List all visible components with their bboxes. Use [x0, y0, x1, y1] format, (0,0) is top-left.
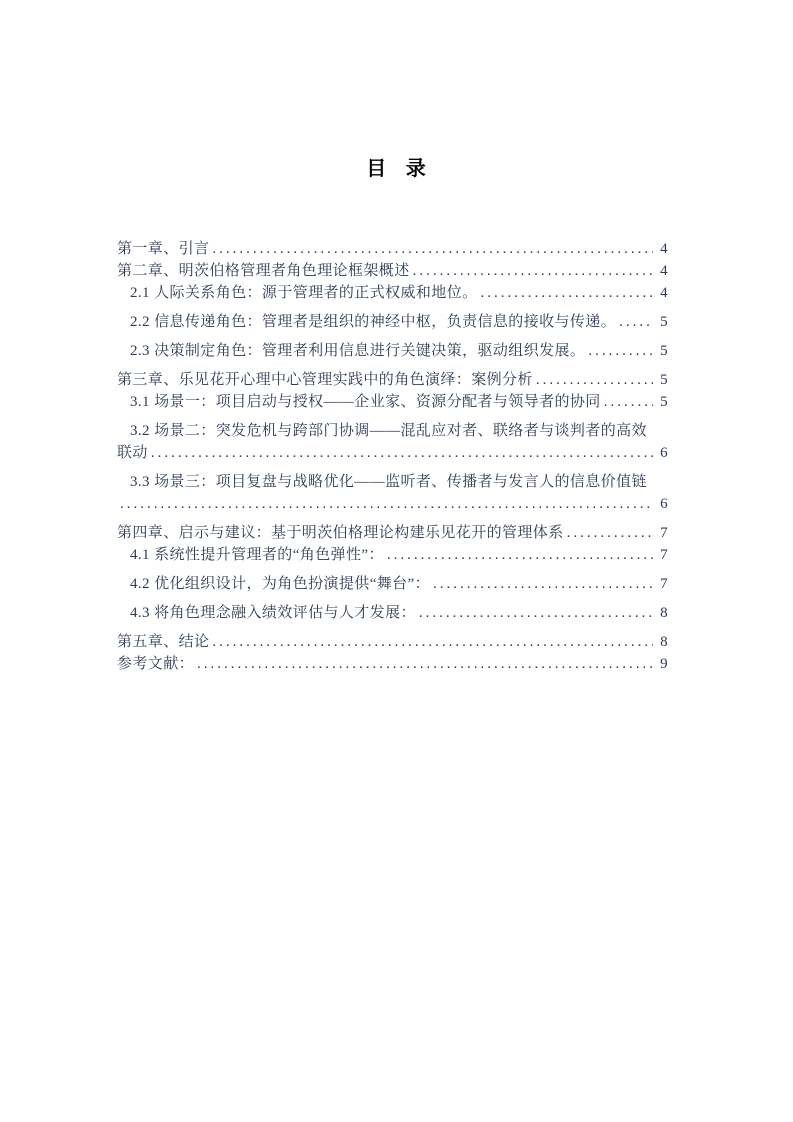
toc-entry[interactable]: 4.1 系统性提升管理者的“角色弹性”：....................… [117, 544, 668, 566]
toc-entry[interactable]: 3.1 场景一：项目启动与授权——企业家、资源分配者与领导者的协同.......… [117, 391, 668, 413]
toc-entry-last-line: 参考文献：...................................… [117, 653, 668, 675]
toc-entry[interactable]: 第三章、乐见花开心理中心管理实践中的角色演绎：案例分析.............… [117, 369, 668, 391]
toc-dot-leader: ........................................… [585, 340, 653, 362]
toc-entry[interactable]: 第二章、明茨伯格管理者角色理论框架概述.....................… [117, 260, 668, 282]
toc-page-number: 5 [660, 369, 668, 391]
toc-page-number: 6 [660, 493, 668, 515]
toc-entry-text: 第二章、明茨伯格管理者角色理论框架概述 [117, 260, 410, 282]
toc-dot-leader: ........................................… [194, 653, 653, 675]
toc-dot-leader: ........................................… [616, 311, 653, 333]
toc-page-number: 6 [660, 442, 668, 464]
toc-page-number: 4 [660, 238, 668, 260]
toc-entry[interactable]: 第一章、引言..................................… [117, 238, 668, 260]
toc-entry[interactable]: 2.1 人际关系角色：源于管理者的正式权威和地位。...............… [117, 282, 668, 304]
toc-page-number: 7 [660, 544, 668, 566]
toc-page-number: 8 [660, 602, 668, 624]
toc-entry-text: 4.3 将角色理念融入绩效评估与人才发展： [130, 602, 416, 624]
toc-dot-leader: ........................................… [209, 238, 653, 260]
toc-entry-text: 3.1 场景一：项目启动与授权——企业家、资源分配者与领导者的协同 [130, 391, 601, 413]
toc-entry[interactable]: 4.2 优化组织设计，为角色扮演提供“舞台”：.................… [117, 573, 668, 595]
toc-page-number: 7 [660, 522, 668, 544]
toc-entry-last-line: 4.2 优化组织设计，为角色扮演提供“舞台”：.................… [117, 573, 668, 595]
toc-dot-leader: ........................................… [117, 493, 653, 515]
toc-entry-text: 2.1 人际关系角色：源于管理者的正式权威和地位。 [130, 282, 478, 304]
document-page: 目 录 第一章、引言..............................… [0, 0, 793, 1122]
toc-entry-text: 4.1 系统性提升管理者的“角色弹性”： [130, 544, 384, 566]
toc-page-number: 5 [660, 340, 668, 362]
toc-dot-leader: ........................................… [601, 391, 653, 413]
toc-entry[interactable]: 参考文献：...................................… [117, 653, 668, 675]
toc-entry-text: 2.3 决策制定角色：管理者利用信息进行关键决策，驱动组织发展。 [130, 340, 585, 362]
toc-entry-last-line: 2.3 决策制定角色：管理者利用信息进行关键决策，驱动组织发展。........… [117, 340, 668, 362]
toc-page-number: 7 [660, 573, 668, 595]
toc-dot-leader: ........................................… [384, 544, 653, 566]
toc-entry-text: 第一章、引言 [117, 238, 209, 260]
toc-page-number: 4 [660, 282, 668, 304]
toc-entry-last-line: ........................................… [117, 493, 668, 515]
toc-entry[interactable]: 3.2 场景二：突发危机与跨部门协调——混乱应对者、联络者与谈判者的高效联动..… [117, 420, 668, 464]
toc-dot-leader: ........................................… [416, 602, 653, 624]
toc-page-number: 9 [660, 653, 668, 675]
toc-entry-text: 3.3 场景三：项目复盘与战略优化——监听者、传播者与发言人的信息价值链 [117, 471, 668, 493]
toc-title: 目 录 [0, 0, 793, 182]
toc-entry[interactable]: 4.3 将角色理念融入绩效评估与人才发展：...................… [117, 602, 668, 624]
toc-entry[interactable]: 第五章、结论..................................… [117, 631, 668, 653]
toc-entry-text: 4.2 优化组织设计，为角色扮演提供“舞台”： [130, 573, 430, 595]
toc-dot-leader: ........................................… [148, 442, 653, 464]
toc-list: 第一章、引言..................................… [117, 238, 668, 675]
toc-dot-leader: ........................................… [209, 631, 653, 653]
toc-entry[interactable]: 3.3 场景三：项目复盘与战略优化——监听者、传播者与发言人的信息价值链....… [117, 471, 668, 515]
toc-dot-leader: ........................................… [478, 282, 654, 304]
toc-entry-last-line: 第一章、引言..................................… [117, 238, 668, 260]
toc-entry-last-line: 第四章、启示与建议：基于明茨伯格理论构建乐见花开的管理体系...........… [117, 522, 668, 544]
toc-entry-text: 参考文献： [117, 653, 194, 675]
toc-entry-text: 第四章、启示与建议：基于明茨伯格理论构建乐见花开的管理体系 [117, 522, 564, 544]
toc-page-number: 8 [660, 631, 668, 653]
toc-entry-last-line: 第二章、明茨伯格管理者角色理论框架概述.....................… [117, 260, 668, 282]
toc-entry-last-line: 4.1 系统性提升管理者的“角色弹性”：....................… [117, 544, 668, 566]
toc-entry-text: 联动 [117, 442, 148, 464]
toc-entry-text: 第五章、结论 [117, 631, 209, 653]
toc-dot-leader: ........................................… [533, 369, 653, 391]
toc-entry-text: 3.2 场景二：突发危机与跨部门协调——混乱应对者、联络者与谈判者的高效 [117, 420, 668, 442]
toc-dot-leader: ........................................… [410, 260, 653, 282]
toc-entry-text: 2.2 信息传递角色：管理者是组织的神经中枢，负责信息的接收与传递。 [130, 311, 616, 333]
toc-page-number: 5 [660, 311, 668, 333]
toc-entry-last-line: 2.1 人际关系角色：源于管理者的正式权威和地位。...............… [117, 282, 668, 304]
toc-dot-leader: ........................................… [564, 522, 653, 544]
toc-entry-text: 第三章、乐见花开心理中心管理实践中的角色演绎：案例分析 [117, 369, 533, 391]
toc-entry-last-line: 3.1 场景一：项目启动与授权——企业家、资源分配者与领导者的协同.......… [117, 391, 668, 413]
toc-entry[interactable]: 2.2 信息传递角色：管理者是组织的神经中枢，负责信息的接收与传递。......… [117, 311, 668, 333]
toc-entry[interactable]: 2.3 决策制定角色：管理者利用信息进行关键决策，驱动组织发展。........… [117, 340, 668, 362]
toc-entry-last-line: 第五章、结论..................................… [117, 631, 668, 653]
toc-dot-leader: ........................................… [430, 573, 653, 595]
toc-page-number: 4 [660, 260, 668, 282]
toc-entry-last-line: 2.2 信息传递角色：管理者是组织的神经中枢，负责信息的接收与传递。......… [117, 311, 668, 333]
toc-entry-last-line: 4.3 将角色理念融入绩效评估与人才发展：...................… [117, 602, 668, 624]
toc-page-number: 5 [660, 391, 668, 413]
toc-entry-last-line: 第三章、乐见花开心理中心管理实践中的角色演绎：案例分析.............… [117, 369, 668, 391]
toc-entry[interactable]: 第四章、启示与建议：基于明茨伯格理论构建乐见花开的管理体系...........… [117, 522, 668, 544]
toc-entry-last-line: 联动......................................… [117, 442, 668, 464]
